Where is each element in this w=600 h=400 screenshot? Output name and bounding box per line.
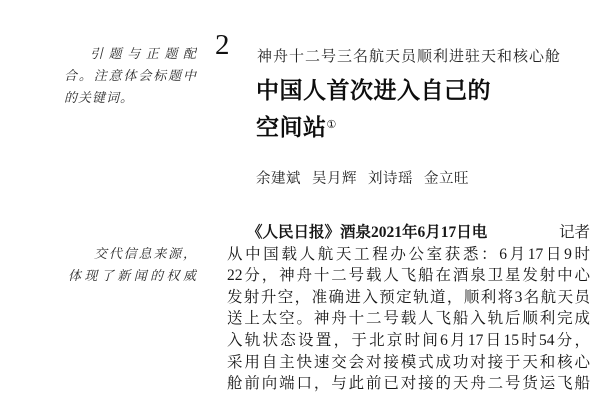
lesson-number: 2 [215,30,230,60]
margin-note-line: 合。注意体会标题中 [64,65,197,87]
textbook-page: 引题与正题配合。注意体会标题中的关键词。 交代信息来源，体现了新闻的权威性。 2… [0,0,600,400]
body-line: 22分，神舟十二号载人飞船在酒泉卫星发射中心 [227,265,590,287]
author-byline: 余建斌吴月辉刘诗瑶金立旺 [256,167,469,188]
margin-note-line: 的关键词。 [64,87,197,109]
title-line-1: 中国人首次进入自己的 [256,78,491,103]
article-title: 中国人首次进入自己的 空间站① [256,73,491,145]
article-body: 《人民日报》酒泉2021年6月17日电 记者 从中国载人航天工程办公室获悉：6月… [227,222,590,395]
body-line-dateline: 《人民日报》酒泉2021年6月17日电 记者 [227,222,590,244]
author-name: 吴月辉 [312,171,357,187]
author-name: 金立旺 [424,171,469,187]
body-line: 入轨状态设置，于北京时间6月17日15时54分， [227,330,590,352]
title-line-2: 空间站 [256,115,327,140]
body-line: 采用自主快速交会对接模式成功对接于天和核心 [227,352,590,374]
body-lines-container: 从中国载人航天工程办公室获悉：6月17日9时22分，神舟十二号载人飞船在酒泉卫星… [227,244,590,395]
body-line: 送上太空。神舟十二号载人飞船入轨后顺利完成 [227,308,590,330]
dateline-reporter: 记者 [559,222,590,244]
margin-note-line: 引题与正题配 [64,43,197,65]
margin-note-line: 交代信息来源， [68,243,197,265]
article-kicker: 神舟十二号三名航天员顺利进驻天和核心舱 [257,45,561,66]
body-line: 从中国载人航天工程办公室获悉：6月17日9时 [227,244,590,266]
author-name: 刘诗瑶 [368,171,413,187]
margin-note-line: 体现了新闻的权威性。 [68,265,197,287]
margin-annotation-source: 交代信息来源，体现了新闻的权威性。 [68,243,197,287]
margin-annotation-title: 引题与正题配合。注意体会标题中的关键词。 [64,43,197,109]
dateline: 《人民日报》酒泉2021年6月17日电 [247,222,487,244]
body-line: 发射升空，准确进入预定轨道，顺利将3名航天员 [227,287,590,309]
author-name: 余建斌 [256,171,301,187]
body-line: 舱前向端口，与此前已对接的天舟二号货运飞船 [227,373,590,395]
footnote-marker: ① [327,119,337,131]
